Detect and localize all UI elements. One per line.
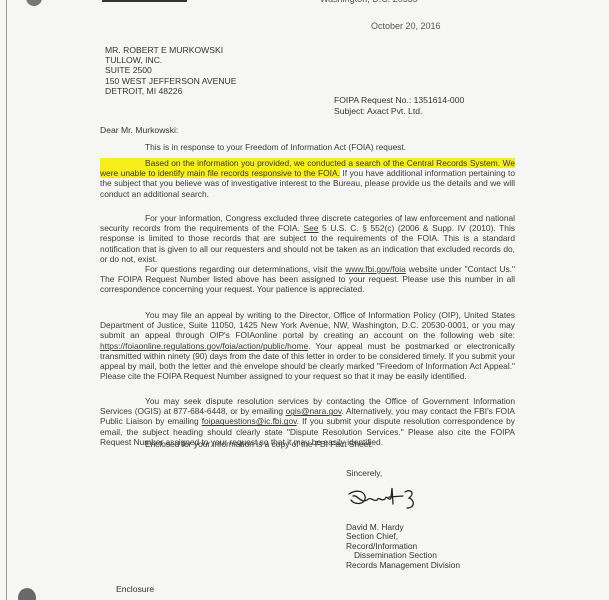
- letter-page: Washington, D.C. 20535 October 20, 2016 …: [0, 0, 609, 600]
- address-line: MR. ROBERT E MURKOWSKI: [105, 45, 237, 55]
- paragraph-questions: For questions regarding our determinatio…: [100, 264, 515, 295]
- address-line: TULLOW, INC.: [105, 55, 237, 65]
- address-line: SUITE 2500: [105, 65, 237, 75]
- request-number: 1351614-000: [414, 95, 465, 105]
- paragraph-intro: This is in response to your Freedom of I…: [100, 142, 515, 152]
- subject-value: Axact Pvt. Ltd.: [367, 106, 422, 116]
- subject-line: Subject: Axact Pvt. Ltd.: [334, 106, 464, 117]
- punch-hole-top: [26, 0, 42, 6]
- enclosed-text: Enclosed for your information is a copy …: [145, 439, 373, 449]
- address-line: 150 WEST JEFFERSON AVENUE: [105, 76, 237, 86]
- letterhead-city: Washington, D.C. 20535: [320, 0, 418, 4]
- reference-block: FOIPA Request No.: 1351614-000 Subject: …: [334, 95, 464, 116]
- signature-image: [345, 484, 425, 514]
- intro-text: This is in response to your Freedom of I…: [145, 142, 406, 152]
- request-number-line: FOIPA Request No.: 1351614-000: [334, 95, 464, 106]
- letterhead-rule: [102, 0, 187, 2]
- signatory-division: Records Management Division: [346, 561, 460, 570]
- see-citation: See: [304, 223, 319, 233]
- ogis-email-link[interactable]: ogis@nara.gov: [286, 406, 342, 416]
- questions-text: For questions regarding our determinatio…: [145, 264, 345, 274]
- scan-edge-line: [6, 0, 7, 600]
- paragraph-appeal: You may file an appeal by writing to the…: [100, 310, 515, 381]
- appeal-text: You may file an appeal by writing to the…: [100, 310, 515, 340]
- address-line: DETROIT, MI 48226: [105, 86, 237, 96]
- paragraph-exclusions: For your information, Congress excluded …: [100, 213, 515, 264]
- subject-label: Subject:: [334, 106, 365, 116]
- request-label: FOIPA Request No.:: [334, 95, 411, 105]
- letter-date: October 20, 2016: [371, 21, 441, 31]
- recipient-address: MR. ROBERT E MURKOWSKI TULLOW, INC. SUIT…: [105, 45, 237, 96]
- fbi-foia-link[interactable]: www.fbi.gov/foia: [345, 264, 406, 274]
- salutation: Dear Mr. Murkowski:: [100, 125, 178, 135]
- foiaonline-link[interactable]: https://foiaonline.regulations.gov/foia/…: [100, 341, 308, 351]
- signatory-block: David M. Hardy Section Chief, Record/Inf…: [346, 523, 460, 570]
- closing: Sincerely,: [346, 469, 382, 479]
- enclosure-note: Enclosure: [116, 584, 154, 594]
- punch-hole-bottom: [18, 588, 36, 600]
- paragraph-search-result: Based on the information you provided, w…: [100, 158, 515, 199]
- paragraph-enclosed: Enclosed for your information is a copy …: [100, 439, 515, 449]
- foipa-questions-email-link[interactable]: foipaquestions@ic.fbi.gov: [202, 416, 297, 426]
